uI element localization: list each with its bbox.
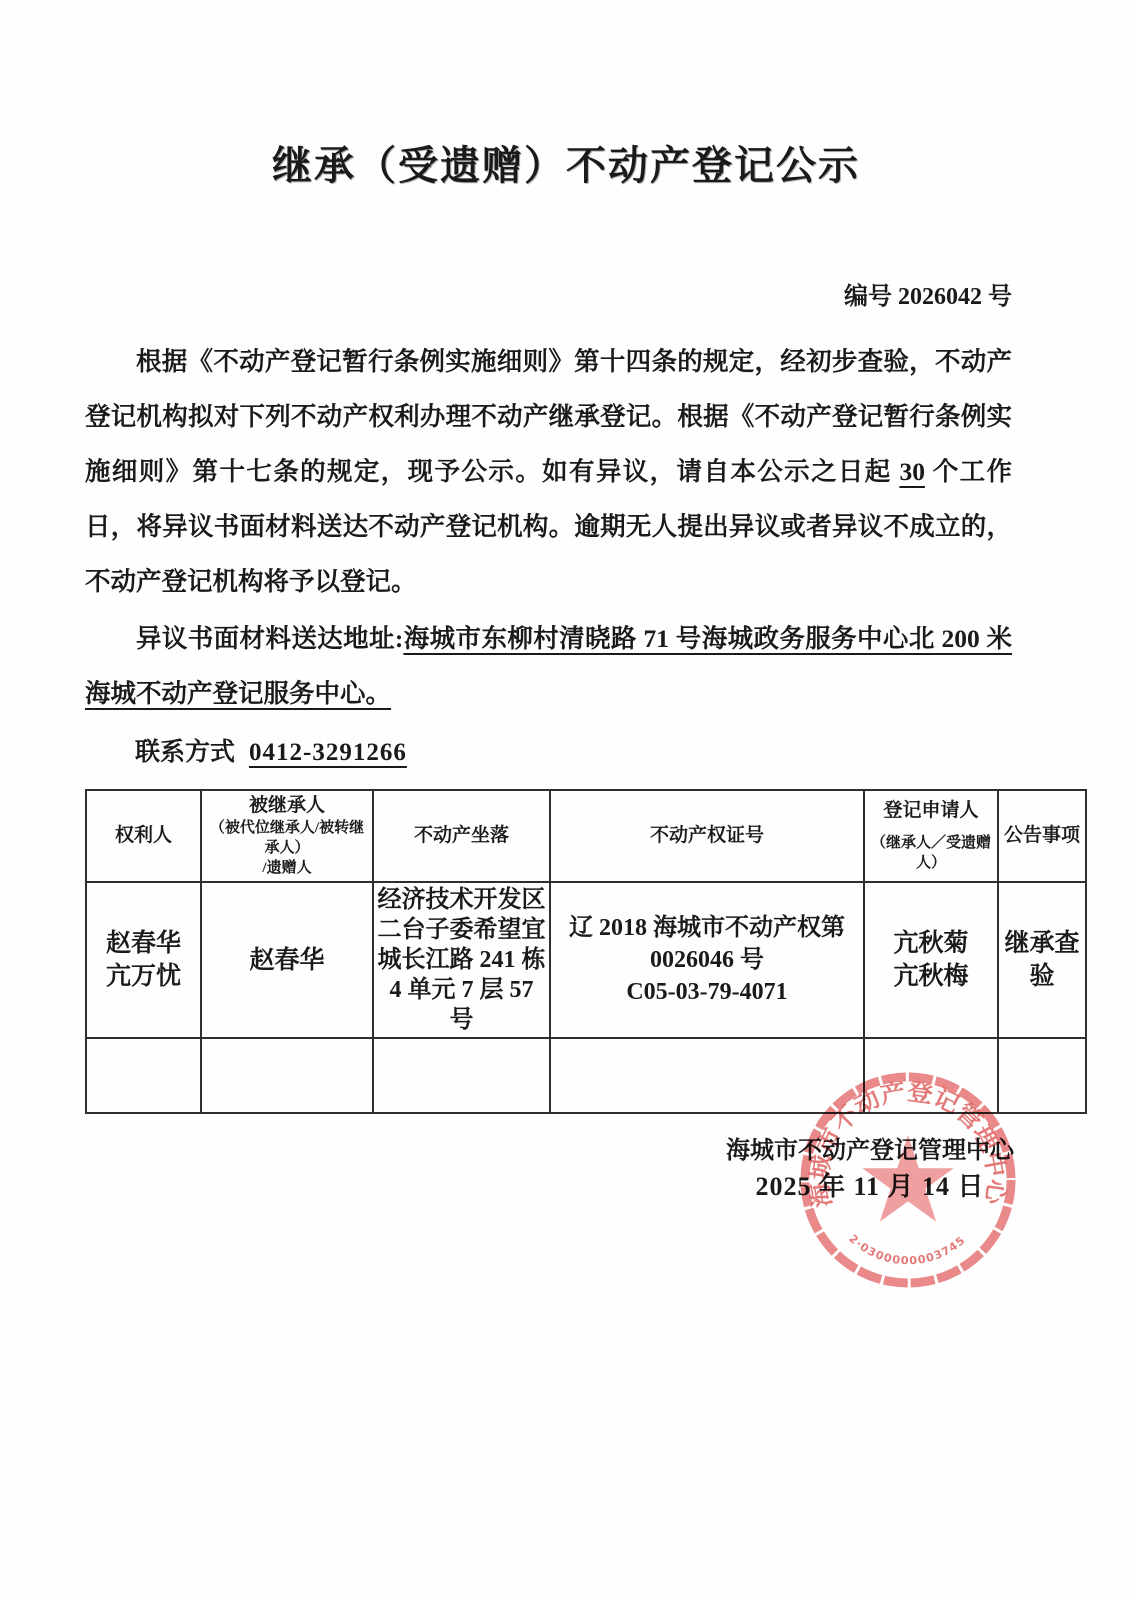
svg-text:2·0300000003745: 2·0300000003745 xyxy=(846,1232,968,1267)
col-header-location-label: 不动产坐落 xyxy=(377,824,546,848)
official-seal: 海城市不动产登记管理中心 2·0300000003745 xyxy=(778,1048,1042,1312)
table-header-row: 权利人 被继承人 （被代位继承人/被转继承人） /遗赠人 不动产坐落 不动产权证… xyxy=(86,790,1086,882)
col-header-location: 不动产坐落 xyxy=(373,790,550,882)
col-header-decedent-sub1: （被代位继承人/被转继承人） xyxy=(205,818,369,858)
col-header-applicant-main: 登记申请人 xyxy=(868,799,994,823)
cell-empty xyxy=(86,1038,201,1113)
col-header-holder: 权利人 xyxy=(86,790,201,882)
cell-holder: 赵春华 亢万忧 xyxy=(86,882,201,1038)
page-title: 继承（受遗赠）不动产登记公示 xyxy=(0,0,1132,194)
seal-code-text: 2·0300000003745 xyxy=(846,1232,968,1267)
col-header-decedent-main: 被继承人 xyxy=(205,794,369,818)
document-page: 继承（受遗赠）不动产登记公示 编号 2026042 号 根据《不动产登记暂行条例… xyxy=(0,0,1132,1600)
col-header-decedent: 被继承人 （被代位继承人/被转继承人） /遗赠人 xyxy=(201,790,373,882)
cell-empty xyxy=(201,1038,373,1113)
contact-line: 联系方式0412-3291266 xyxy=(85,733,1012,773)
address-label: 异议书面材料送达地址: xyxy=(136,624,403,653)
col-header-cert-no-label: 不动产权证号 xyxy=(554,824,860,848)
col-header-decedent-sub2: /遗赠人 xyxy=(205,858,369,878)
cell-location: 经济技术开发区 二台子委希望宜 城长江路 241 栋 4 单元 7 层 57 号 xyxy=(373,882,550,1038)
table-row: 赵春华 亢万忧 赵春华 经济技术开发区 二台子委希望宜 城长江路 241 栋 4… xyxy=(86,882,1086,1038)
notice-days-underlined: 30 xyxy=(899,457,925,486)
col-header-matter: 公告事项 xyxy=(998,790,1086,882)
address-paragraph: 异议书面材料送达地址:海城市东柳村清晓路 71 号海城政务服务中心北 200 米… xyxy=(85,611,1012,721)
cell-applicant: 亢秋菊 亢秋梅 xyxy=(864,882,998,1038)
col-header-matter-label: 公告事项 xyxy=(1002,824,1082,848)
cell-empty xyxy=(373,1038,550,1113)
doc-number: 编号 2026042 号 xyxy=(0,280,1132,314)
contact-phone: 0412-3291266 xyxy=(249,739,407,766)
cell-decedent: 赵春华 xyxy=(201,882,373,1038)
col-header-applicant: 登记申请人 （继承人／受遗赠人） xyxy=(864,790,998,882)
cell-cert-no: 辽 2018 海城市不动产权第 0026046 号 C05-03-79-4071 xyxy=(550,882,864,1038)
notice-paragraph: 根据《不动产登记暂行条例实施细则》第十四条的规定，经初步查验，不动产登记机构拟对… xyxy=(85,334,1012,609)
contact-label: 联系方式 xyxy=(135,739,235,766)
col-header-cert-no: 不动产权证号 xyxy=(550,790,864,882)
cell-matter: 继承查验 xyxy=(998,882,1086,1038)
col-header-applicant-sub: （继承人／受遗赠人） xyxy=(868,833,994,873)
seal-star-icon xyxy=(862,1135,953,1222)
notice-text-pre: 根据《不动产登记暂行条例实施细则》第十四条的规定，经初步查验，不动产登记机构拟对… xyxy=(85,347,1012,486)
col-header-holder-label: 权利人 xyxy=(90,824,197,848)
document-body: 根据《不动产登记暂行条例实施细则》第十四条的规定，经初步查验，不动产登记机构拟对… xyxy=(0,334,1132,1114)
